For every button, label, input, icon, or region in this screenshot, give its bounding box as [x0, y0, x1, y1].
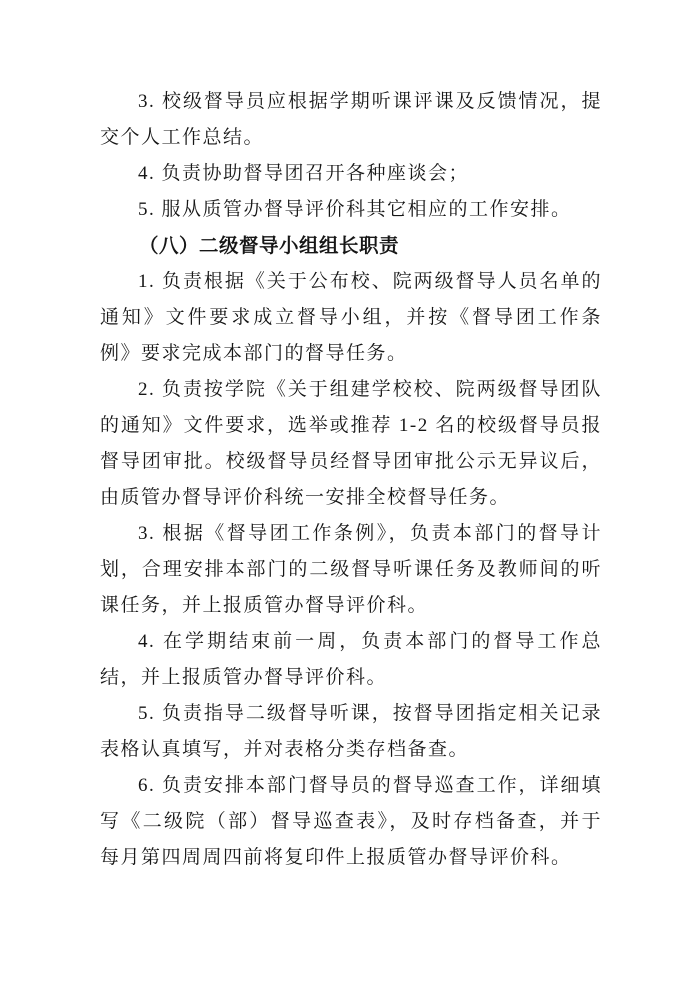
paragraph: 2. 负责按学院《关于组建学校校、院两级督导团队的通知》文件要求，选举或推荐 1… — [100, 372, 602, 516]
paragraph: 3. 根据《督导团工作条例》，负责本部门的督导计划，合理安排本部门的二级督导听课… — [100, 516, 602, 624]
paragraph: 4. 在学期结束前一周，负责本部门的督导工作总结，并上报质管办督导评价科。 — [100, 624, 602, 696]
document-body: 3. 校级督导员应根据学期听课评课及反馈情况，提交个人工作总结。 4. 负责协助… — [100, 84, 602, 876]
paragraph: 3. 校级督导员应根据学期听课评课及反馈情况，提交个人工作总结。 — [100, 84, 602, 156]
document-page: 3. 校级督导员应根据学期听课评课及反馈情况，提交个人工作总结。 4. 负责协助… — [0, 0, 700, 990]
paragraph: 4. 负责协助督导团召开各种座谈会； — [100, 156, 602, 192]
paragraph: 5. 服从质管办督导评价科其它相应的工作安排。 — [100, 192, 602, 228]
paragraph: 6. 负责安排本部门督导员的督导巡查工作，详细填写《二级院（部）督导巡查表》，及… — [100, 768, 602, 876]
paragraph: 1. 负责根据《关于公布校、院两级督导人员名单的通知》文件要求成立督导小组，并按… — [100, 264, 602, 372]
section-heading: （八）二级督导小组组长职责 — [100, 228, 602, 264]
paragraph: 5. 负责指导二级督导听课，按督导团指定相关记录表格认真填写，并对表格分类存档备… — [100, 696, 602, 768]
